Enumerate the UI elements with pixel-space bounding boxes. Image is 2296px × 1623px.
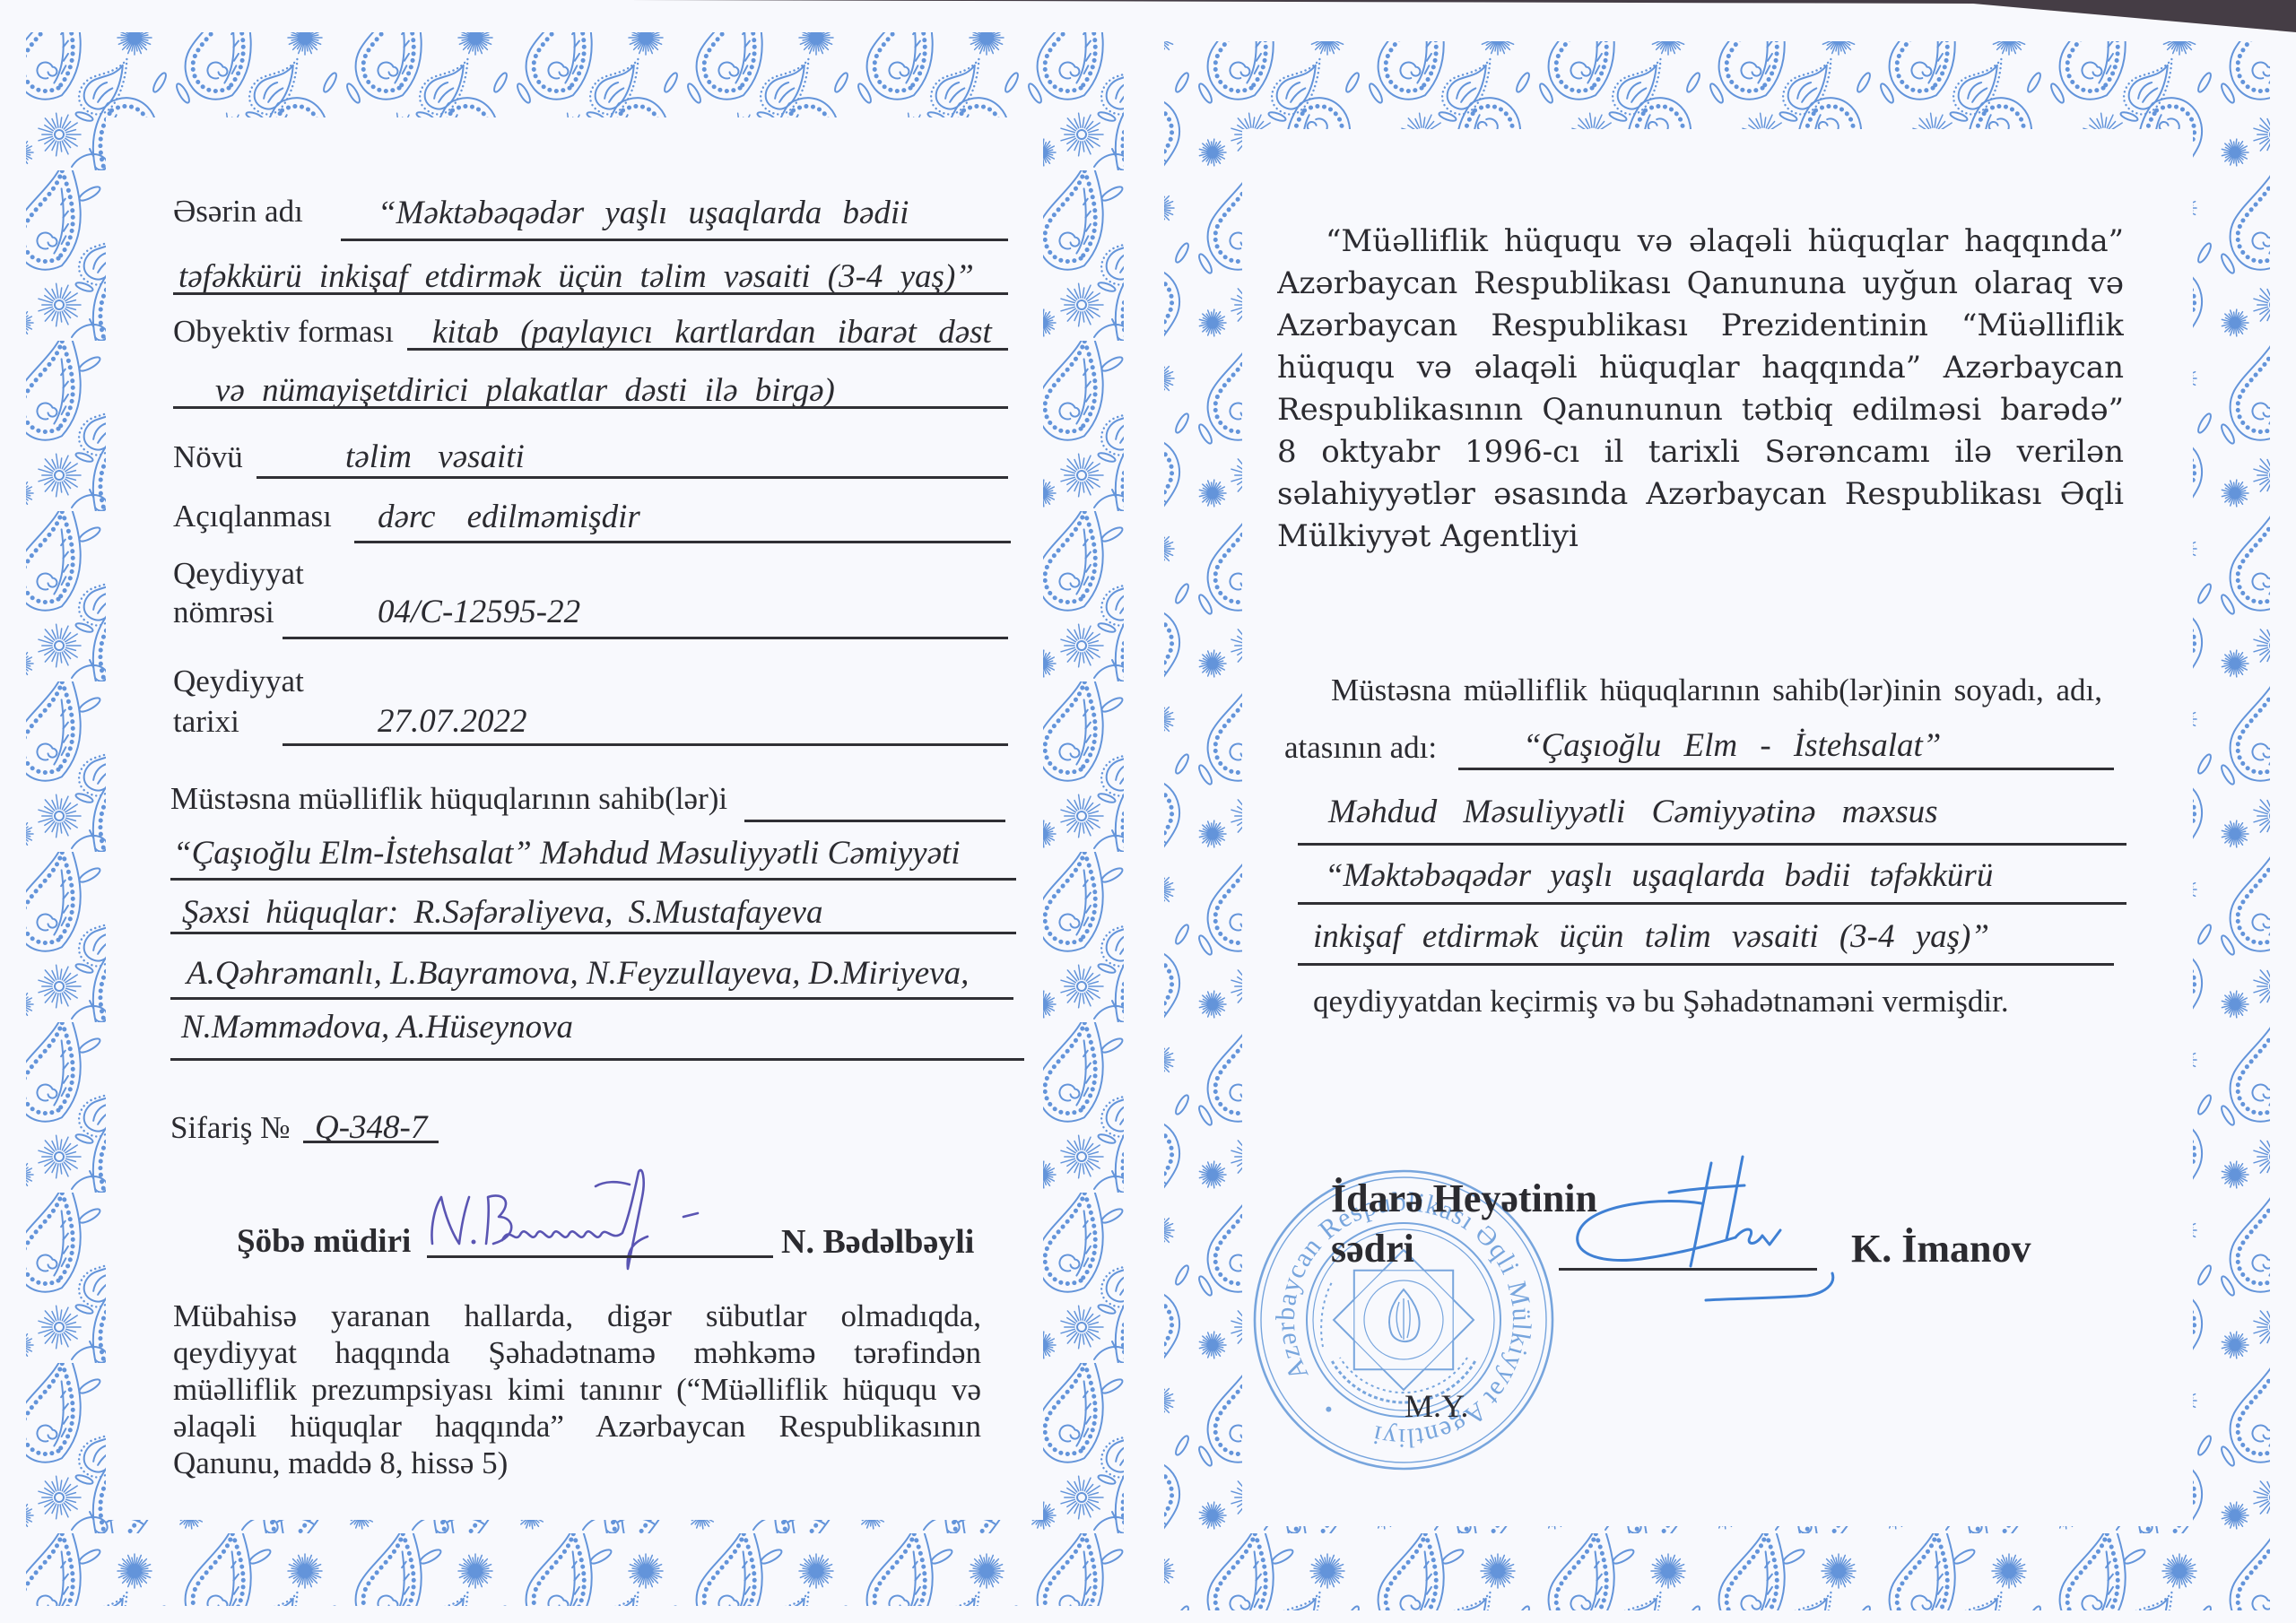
handwritten-signature-icon [1556,1148,1852,1314]
field-value-form-line2: və nümayişetdirici plakatlar dəsti ilə b… [215,371,835,411]
underline [173,406,1008,409]
underline [407,348,1008,351]
field-label-title: Əsərin adı [173,192,303,231]
preamble-line: səlahiyyətlər əsasında Azərbaycan Respub… [1277,473,2124,516]
rights-holder-line: A.Qəhrəmanlı, L.Bayramova, N.Feyzullayev… [187,954,969,994]
legal-note-line: əlaqəli hüquqlar haqqında” Azərbaycan Re… [173,1408,981,1445]
azerbaijan-state-emblem-icon [1321,1250,1475,1402]
field-label-reg-date-line1: Qeydiyyat [173,662,304,701]
preamble-line: Respublikasının Qanununun tətbiq edilməs… [1277,389,2124,431]
stamp-dot [1326,1407,1331,1412]
field-label-form: Obyektiv forması [173,312,394,352]
field-label-reg-number-line1: Qeydiyyat [173,554,304,594]
legal-note-line: Qanunu, maddə 8, hissə 5) [173,1445,981,1481]
closing-statement: qeydiyyatdan keçirmiş və bu Şəhadətnamən… [1313,982,2009,1021]
holder-value-line: “Məktəbəqədər yaşlı uşaqlarda bədii təfə… [1325,856,1993,896]
underline [170,878,1016,881]
field-value-reg-number: 04/C-12595-22 [378,593,580,632]
underline [170,997,1013,1000]
holder-value-line: “Çaşıoğlu Elm - İstehsalat” [1523,726,1941,766]
field-value-disclosure: dərc edilməmişdir [378,498,640,537]
rights-holder-line: N.Məmmədova, A.Hüseynova [181,1008,573,1047]
underline [283,743,1008,746]
field-label-type: Növü [173,438,243,477]
holder-label: atasının adı: [1284,728,1437,768]
holder-value-line: inkişaf etdirmək üçün təlim vəsaiti (3-4… [1313,917,1989,957]
underline [1458,768,2114,770]
legal-note-line: müəlliflik prezumpsiyası kimi tanınır (“… [173,1371,981,1408]
legal-note-line: Mübahisə yaranan hallarda, digər sübutla… [173,1298,981,1334]
underline [1298,963,2114,966]
field-value-reg-date: 27.07.2022 [378,702,527,742]
field-value-title-line2: təfəkkürü inkişaf etdirmək üçün təlim və… [178,257,974,297]
field-value-form-line1: kitab (paylayıcı kartlardan ibarət dəst [432,313,992,352]
holder-intro: Müstəsna müəlliflik hüquqlarının sahib(l… [1331,671,2102,710]
rights-holders-label: Müstəsna müəlliflik hüquqlarının sahib(l… [170,779,727,819]
preamble-line: Azərbaycan Respublikası Prezidentinin “M… [1277,305,2124,347]
legal-note-line: qeydiyyat haqqında Şəhadətnamə məhkəmə t… [173,1334,981,1371]
handwritten-signature-icon [422,1161,709,1278]
underline [744,820,1005,822]
underline [257,476,1008,479]
order-number-label: Sifariş № [170,1108,291,1148]
field-value-title-line1: “Məktəbəqədər yaşlı uşaqlarda bədii [378,194,909,233]
rights-holder-line: “Çaşıoğlu Elm-İstehsalat” Məhdud Məsuliy… [173,834,961,873]
underline [341,239,1008,241]
underline [303,1141,439,1143]
field-label-reg-date-line2: tarixi [173,702,239,742]
underline [170,932,1016,934]
signature-line [427,1255,773,1258]
signatory-name-left: N. Bədəlbəyli [781,1222,974,1262]
underline [283,637,1008,639]
preamble-line: hüququ və əlaqəli hüquqlar haqqında” Azə… [1277,347,2124,389]
preamble-paragraph: “Müəlliflik hüququ və əlaqəli hüquqlar h… [1277,221,2124,558]
field-value-type: təlim vəsaiti [345,438,525,477]
underline [173,292,1008,295]
underline [1298,843,2126,846]
field-label-reg-number-line2: nömrəsi [173,593,274,632]
underline [1298,902,2126,905]
underline [170,1058,1024,1061]
preamble-line: 8 oktyabr 1996-cı il tarixli Sərəncamı i… [1277,431,2124,473]
seal-mark: M.Y. [1405,1386,1468,1426]
certificate-spread: Əsərin adı “Məktəbəqədər yaşlı uşaqlarda… [0,0,2296,1623]
signatory-title-right-line2: sədri [1331,1226,1414,1272]
legal-note: Mübahisə yaranan hallarda, digər sübutla… [173,1298,981,1481]
rights-holder-line: Şəxsi hüquqlar: R.Səfərəliyeva, S.Mustaf… [182,893,822,933]
preamble-line: Azərbaycan Respublikası Qanununa uyğun o… [1277,263,2124,305]
holder-value-line: Məhdud Məsuliyyətli Cəmiyyətinə məxsus [1328,793,1938,832]
underline [354,541,1011,543]
preamble-line: “Müəlliflik hüququ və əlaqəli hüquqlar h… [1277,221,2124,263]
signatory-name-right: K. İmanov [1851,1226,2031,1272]
preamble-line: Mülkiyyət Agentliyi [1277,516,2124,558]
field-label-disclosure: Açıqlanması [173,497,332,536]
signatory-title-left: Şöbə müdiri [237,1222,411,1262]
scan-edge-shadow [628,0,2296,32]
